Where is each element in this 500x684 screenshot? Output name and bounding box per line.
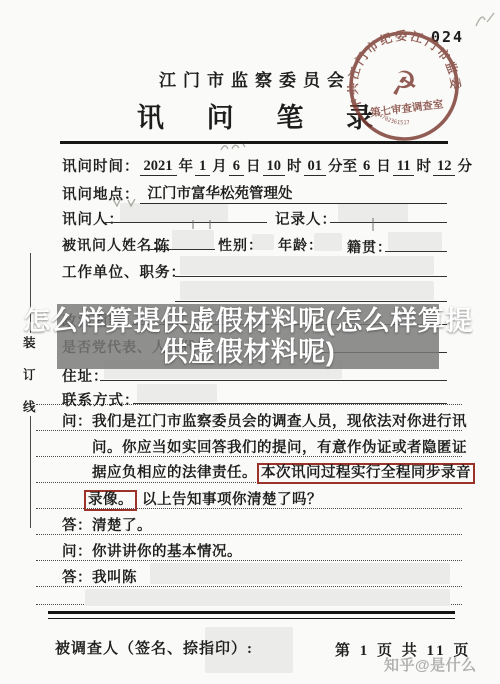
time-end-day: 6: [359, 158, 374, 176]
unit-end-minute: 分: [455, 155, 474, 176]
highlighted-text-box: 录像。: [84, 490, 137, 511]
field-row-age: 年龄：: [278, 235, 323, 255]
qa-text: 以上告知事项你清楚了吗？: [137, 492, 322, 508]
work-underline-2: [175, 282, 447, 302]
unit-year: 年: [177, 155, 196, 176]
time-year: 2021: [140, 158, 177, 176]
age-label: 年龄：: [278, 235, 323, 255]
qa-question-1-line3: 据应负相应的法律责任。本次讯问过程实行全程同步录音: [92, 461, 475, 482]
field-row-work: 工作单位、职务：: [62, 261, 186, 282]
binding-line-segment: [30, 416, 31, 528]
handwritten-mark: [473, 8, 497, 30]
qa-question-1-line1: 问：我们是江门市监察委员会的调查人员，现依法对你进行讯: [62, 410, 467, 431]
handwritten-mark: [218, 140, 248, 154]
unit-end-day: 日: [374, 155, 393, 176]
binding-char: 线: [23, 397, 36, 415]
field-row-time: 讯问时间： 2021年 1月 6日 10时 01分至 6日 11时 12分: [62, 155, 474, 176]
time-hour: 10: [263, 158, 286, 176]
unit-month: 月: [210, 155, 229, 176]
footer-rule: [48, 611, 455, 619]
time-month: 1: [195, 158, 210, 176]
work-label: 工作单位、职务：: [62, 261, 186, 282]
qa-text: 问。你应当如实回答我们的提问，有意作伪证或者隐匿证: [92, 440, 467, 456]
hammer-sickle-icon: ☭: [387, 62, 420, 103]
work-underline-1: [175, 257, 447, 277]
qa-prefix: 问：: [62, 544, 92, 560]
person-name-value: 陈: [155, 235, 170, 256]
recorder-label: 记录人：: [275, 208, 337, 229]
official-seal-stamp: 中共江门市纪委江门市监委 ☭ 第七审查调查室 44702361517: [337, 19, 471, 153]
gender-label: 性别：: [218, 235, 263, 255]
qa-text: 我叫陈: [92, 570, 137, 586]
overlay-title-line2: 供虚假材料呢): [161, 337, 336, 368]
time-end-minute: 12: [433, 158, 456, 176]
person-name-value-wrap: 陈: [155, 235, 170, 256]
watermark: 知乎@是什么: [384, 654, 477, 675]
field-row-recorder: 记录人：: [275, 208, 337, 229]
unit-end-hour: 时: [414, 155, 433, 176]
qa-question-1-line4: 录像。以上告知事项你清楚了吗？: [84, 488, 322, 509]
qa-text: 据应负相应的法律责任。: [92, 465, 257, 481]
handwritten-mark: [368, 216, 378, 234]
qa-prefix: 答：: [62, 570, 92, 586]
unit-hour: 时: [285, 155, 304, 176]
qa-text: 我们是江门市监察委员会的调查人员，现依法对你进行讯: [92, 414, 467, 430]
qa-answer-2: 答：我叫陈: [62, 566, 137, 587]
qa-question-1-line2: 问。你应当如实回答我们的提问，有意作伪证或者隐匿证: [92, 436, 467, 457]
qa-prefix: 问：: [62, 414, 92, 430]
time-minute: 01: [304, 158, 327, 176]
contact-underline: [133, 385, 447, 404]
redaction-box: [150, 563, 450, 584]
highlighted-text-box: 本次讯问过程实行全程同步录音: [257, 463, 475, 484]
time-label: 讯问时间：: [62, 155, 140, 176]
contact-label: 联系方式：: [62, 389, 140, 410]
overlay-title-line1: 怎么样算提供虚假材料呢(怎么样算提: [23, 306, 473, 337]
field-row-gender: 性别：: [218, 235, 263, 255]
signer-label: 被调查人（签名、捺指印）:: [55, 637, 253, 658]
handwritten-mark: [110, 196, 146, 210]
place-value: 江门市富华松苑管理处: [140, 182, 448, 204]
field-row-contact: 联系方式：: [62, 389, 140, 410]
scanned-interrogation-record: 024 中共江门市纪委江门市监委 ☭ 第七审查调查室 44702361517 江…: [0, 0, 500, 684]
redaction-box: [85, 589, 450, 606]
origin-underline: [385, 232, 447, 252]
unit-minute-to: 分至: [326, 155, 359, 176]
binding-char: 订: [23, 365, 36, 383]
handwritten-mark: [188, 218, 222, 232]
qa-text: 清楚了。: [92, 518, 152, 534]
time-day: 6: [229, 158, 244, 176]
time-end-hour: 11: [393, 158, 415, 176]
qa-text: 你讲讲你的基本情况。: [92, 544, 242, 560]
recorder-underline: [330, 204, 447, 223]
qa-prefix: 答：: [62, 518, 92, 534]
qa-answer-1: 答：清楚了。: [62, 514, 152, 535]
unit-day: 日: [244, 155, 263, 176]
question-overlay-banner: 怎么样算提供虚假材料呢(怎么样算提 供虚假材料呢): [57, 304, 439, 369]
qa-question-2: 问：你讲讲你的基本情况。: [62, 540, 242, 561]
